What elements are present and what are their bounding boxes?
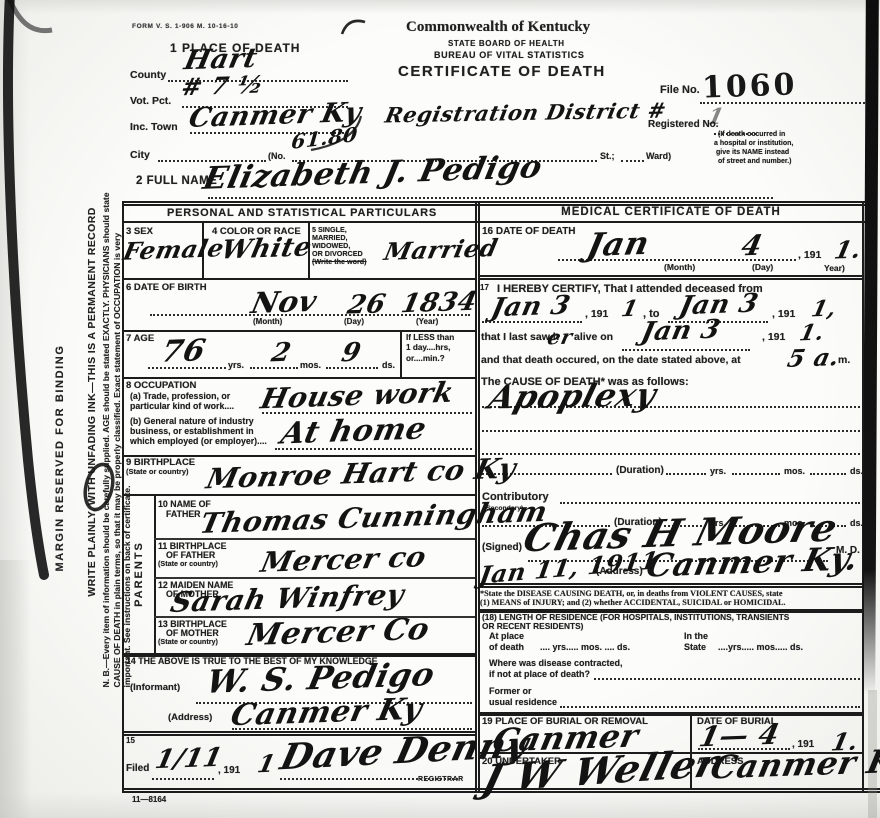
age-ds-unit: ds. bbox=[382, 361, 395, 370]
filed-date-value: 1/11 bbox=[153, 745, 225, 773]
occupation-b-label3: which employed (or employer).... bbox=[130, 437, 267, 446]
registered-no-line bbox=[714, 133, 756, 135]
certify-section-number: 17 bbox=[480, 284, 489, 292]
residence-title-line2: OR RECENT RESIDENTS) bbox=[482, 622, 583, 630]
parents-strip-divider bbox=[154, 494, 156, 653]
certificate-title: CERTIFICATE OF DEATH bbox=[398, 64, 606, 79]
full-name-value: Elizabeth J. Pedigo bbox=[200, 152, 545, 195]
registered-no-value: 1 bbox=[706, 106, 727, 129]
attended-to-year-value: 1, bbox=[810, 298, 839, 321]
duration1-mos-unit: mos. bbox=[784, 467, 805, 476]
city-st-label: St.; bbox=[600, 152, 615, 161]
commonwealth-title: Commonwealth of Kentucky bbox=[406, 20, 590, 35]
sex-value: Female bbox=[121, 236, 226, 263]
age-mos-unit: mos. bbox=[300, 361, 321, 370]
margin-nb-line2: CAUSE OF DEATH in plain terms, so that i… bbox=[112, 192, 123, 687]
in-the-units: ....yrs..... mos..... ds. bbox=[718, 643, 803, 652]
birthplace-value: Monroe Hart co Ky bbox=[204, 455, 519, 494]
father-name-value: Thomas Cunningham bbox=[198, 498, 550, 538]
informant-address-value: Canmer Ky bbox=[228, 695, 425, 732]
in-the-label1: In the bbox=[684, 632, 708, 641]
contracted-label1: Where was disease contracted, bbox=[489, 659, 623, 668]
date-of-death-month: Jan bbox=[584, 227, 652, 261]
race-value: White bbox=[219, 234, 314, 263]
former-line bbox=[560, 706, 860, 708]
dob-year-value: 1834 bbox=[399, 289, 480, 318]
table-top-rule bbox=[122, 201, 866, 203]
duration1-yrs-unit: yrs. bbox=[710, 467, 726, 476]
occupation-a-value: House work bbox=[258, 379, 456, 414]
dod-sub-month: (Month) bbox=[664, 263, 695, 272]
signed-address-value: Canmer Ky. bbox=[644, 542, 862, 581]
cause-footnote-line2: (1) MEANS of INJURY; and (2) whether ACC… bbox=[480, 599, 786, 607]
last-saw-line bbox=[622, 349, 750, 351]
contracted-line bbox=[594, 678, 860, 680]
marital-value: Married bbox=[382, 236, 500, 264]
left-page-edge-curve bbox=[8, 0, 44, 575]
dob-sub-year: (Year) bbox=[416, 318, 438, 326]
age-less-line1: If LESS than bbox=[406, 334, 454, 342]
occupation-b-label2: business, or establishment in bbox=[130, 427, 254, 436]
death-certificate-scan: MARGIN RESERVED FOR BINDING WRITE PLAINL… bbox=[0, 0, 880, 818]
city-no-value: 61.80 bbox=[291, 124, 359, 152]
file-no-value: 1060 bbox=[702, 70, 798, 103]
occupation-a-label2: particular kind of work.... bbox=[130, 402, 234, 411]
signed-date-value: Jan 11, 1911 bbox=[477, 548, 660, 587]
medical-section-title: MEDICAL CERTIFICATE OF DEATH bbox=[480, 207, 862, 219]
last-saw-year-value: 1. bbox=[798, 322, 827, 345]
duration1-line-4 bbox=[810, 473, 846, 475]
city-ward-label: Ward) bbox=[646, 152, 671, 161]
attended-from-date: Jan 3 bbox=[489, 293, 573, 322]
age-yrs-unit: yrs. bbox=[228, 361, 244, 370]
last-saw-label2: alive on bbox=[574, 332, 613, 343]
occupation-b-label1: (b) General nature of industry bbox=[130, 417, 254, 426]
occupation-label: 8 OCCUPATION bbox=[126, 381, 196, 391]
dod-bottom-rule bbox=[478, 275, 862, 277]
plate-number: 11—8164 bbox=[132, 796, 166, 804]
father-name-label1: 10 NAME OF bbox=[158, 500, 211, 509]
occupation-a-label1: (a) Trade, profession, or bbox=[130, 392, 230, 401]
left-scan-shadow bbox=[0, 560, 40, 818]
inc-town-label: Inc. Town bbox=[130, 122, 178, 133]
at-place-label1: At place bbox=[489, 632, 524, 641]
dob-day-value: 26 bbox=[345, 291, 388, 318]
birthplace-row-underline bbox=[122, 494, 476, 496]
occupation-b-value: At home bbox=[278, 415, 429, 450]
stray-pen-tick bbox=[342, 21, 365, 34]
last-saw-pronoun: er bbox=[546, 327, 575, 348]
informant-label: (Informant) bbox=[130, 683, 180, 693]
cause-of-death-value: Apoplexy bbox=[485, 379, 660, 414]
hospital-note-line4: of street and number.) bbox=[718, 158, 792, 165]
top-left-edge-curve bbox=[8, 0, 52, 31]
filed-section-number: 15 bbox=[126, 737, 135, 745]
bureau-subtitle: BUREAU OF VITAL STATISTICS bbox=[434, 51, 584, 60]
former-label2: usual residence bbox=[489, 698, 557, 707]
age-box-divider bbox=[400, 330, 402, 377]
father-birthplace-label3: (State or country) bbox=[158, 560, 218, 567]
last-saw-year-printed: , 191 bbox=[762, 332, 785, 343]
margin-nb-line3: important. See instructions on back of c… bbox=[122, 192, 133, 687]
attended-from-year-printed: , 191 bbox=[585, 309, 608, 320]
father-name-label2: FATHER bbox=[166, 510, 201, 519]
mother-birthplace-label3: (State or country) bbox=[158, 638, 218, 645]
last-saw-date: Jan 3 bbox=[639, 317, 723, 346]
former-label1: Former or bbox=[489, 687, 532, 696]
county-label: County bbox=[130, 70, 166, 81]
file-no-label: File No. bbox=[660, 85, 700, 96]
cause-footnote-line1: *State the DISEASE CAUSING DEATH, or, in… bbox=[480, 590, 783, 598]
vot-pct-value: # 7 ½ bbox=[179, 73, 266, 100]
state-board-subtitle: STATE BOARD OF HEALTH bbox=[448, 40, 565, 48]
cause-line-3 bbox=[482, 453, 860, 455]
dob-label: 6 DATE OF BIRTH bbox=[126, 283, 207, 293]
residence-bottom-rule bbox=[478, 712, 862, 716]
filed-line bbox=[152, 778, 214, 780]
mother-birthplace-value: Mercer Co bbox=[244, 615, 432, 651]
age-days-value: 9 bbox=[339, 340, 363, 367]
cause-line-2 bbox=[482, 430, 860, 432]
in-the-label2: State bbox=[684, 643, 706, 652]
sex-row-underline bbox=[122, 278, 476, 280]
contributory-line bbox=[560, 502, 860, 504]
footnote-bottom-rule bbox=[478, 609, 862, 613]
date-of-death-year-printed: , 191 bbox=[798, 250, 821, 261]
signed-label: (Signed) bbox=[482, 543, 522, 553]
age-less-line3: or....min.? bbox=[406, 355, 445, 363]
margin-binding-text: MARGIN RESERVED FOR BINDING bbox=[54, 345, 66, 572]
age-years-value: 76 bbox=[159, 336, 209, 367]
city-label: City bbox=[130, 150, 150, 161]
duration1-line-3 bbox=[732, 473, 780, 475]
mother-name-value: Sarah Winfrey bbox=[168, 581, 407, 617]
personal-section-title: PERSONAL AND STATISTICAL PARTICULARS bbox=[132, 208, 472, 219]
at-place-units: .... yrs..... mos. .... ds. bbox=[540, 643, 630, 652]
duration1-label: (Duration) bbox=[616, 466, 664, 476]
father-birthplace-value: Mercer co bbox=[258, 543, 428, 577]
dob-row-underline bbox=[122, 330, 476, 332]
city-line-3 bbox=[621, 160, 644, 162]
filed-label: Filed bbox=[126, 764, 149, 774]
contracted-label2: if not at place of death? bbox=[489, 670, 590, 679]
titles-underline bbox=[122, 221, 866, 223]
vot-pct-label: Vot. Pct. bbox=[130, 96, 171, 107]
date-of-death-year-value: 1. bbox=[832, 238, 863, 263]
margin-nb-line1: N. B.—Every item of information should b… bbox=[101, 192, 112, 687]
death-time-value: 5 a. bbox=[785, 345, 842, 371]
date-of-death-day: 4 bbox=[739, 232, 765, 261]
age-months-value: 2 bbox=[269, 340, 293, 367]
attended-to-year-printed: , 191 bbox=[772, 309, 795, 320]
registration-district-note: Registration District # bbox=[383, 100, 668, 126]
age-less-line2: 1 day....hrs, bbox=[406, 344, 450, 352]
dod-sub-day: (Day) bbox=[752, 263, 773, 272]
undertaker-address-value: Canmer Ky bbox=[708, 744, 880, 783]
at-place-label2: of death bbox=[489, 643, 524, 652]
attended-from-year-value: 1 bbox=[620, 298, 641, 321]
duration1-line-2 bbox=[666, 473, 706, 475]
hospital-note-line2: a hospital or institution, bbox=[714, 140, 793, 147]
marital-label-line5: (Write the word) bbox=[312, 258, 367, 265]
margin-permanent-text: WRITE PLAINLY, WITH UNFADING INK—THIS IS… bbox=[86, 207, 98, 596]
informant-address-label: (Address) bbox=[168, 713, 212, 723]
hospital-note-line3: give its NAME instead bbox=[716, 149, 789, 156]
registrar-line bbox=[280, 778, 458, 780]
dob-month-value: Nov bbox=[249, 287, 320, 318]
filed-year-printed: , 191 bbox=[218, 766, 240, 776]
parents-label-text: PARENTS bbox=[133, 541, 145, 607]
right-scan-bar bbox=[862, 0, 879, 695]
dod-sub-year: Year) bbox=[824, 264, 845, 273]
form-number: FORM V. S. 1-906 M. 10-16-10 bbox=[132, 24, 239, 31]
death-time-unit: m. bbox=[838, 355, 850, 366]
birthplace-sublabel: (State or country) bbox=[126, 468, 189, 476]
filed-year-value: 1 bbox=[255, 752, 277, 777]
full-name-line bbox=[208, 197, 773, 199]
death-time-label: and that death occured, on the date stat… bbox=[481, 355, 741, 366]
father-bp-row-underline bbox=[154, 577, 475, 579]
